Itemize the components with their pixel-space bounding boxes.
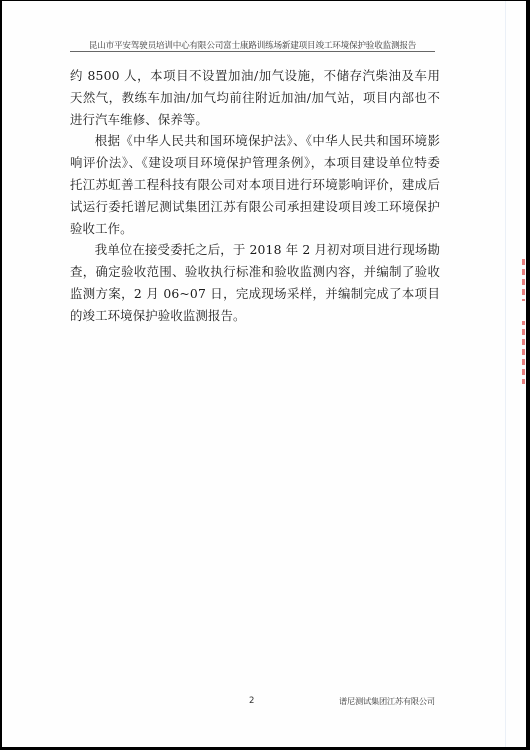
seal-gap [521, 301, 526, 321]
scan-fold-line [505, 1, 506, 747]
paragraph-legal-basis: 根据《中华人民共和国环境保护法》、《中华人民共和国环境影响评价法》、《建设项目环… [70, 130, 440, 239]
running-header: 昆山市平安驾驶员培训中心有限公司富士康路训练场新建项目竣工环境保护验收监测报告 [70, 39, 435, 51]
header-rule [70, 51, 435, 52]
paragraph-continuation: 约 8500 人，本项目不设置加油/加气设施，不储存汽柴油及车用天然气，教练车加… [70, 65, 440, 130]
footer-company: 谱尼测试集团江苏有限公司 [339, 696, 435, 707]
body-text: 约 8500 人，本项目不设置加油/加气设施，不储存汽柴油及车用天然气，教练车加… [70, 65, 440, 327]
paragraph-work-process: 我单位在接受委托之后，于 2018 年 2 月初对项目进行现场勘查，确定验收范围… [70, 239, 440, 326]
page-number: 2 [249, 696, 254, 706]
perforation-seal-stamp [522, 259, 525, 384]
document-page: 昆山市平安驾驶员培训中心有限公司富士康路训练场新建项目竣工环境保护验收监测报告 … [2, 1, 526, 747]
